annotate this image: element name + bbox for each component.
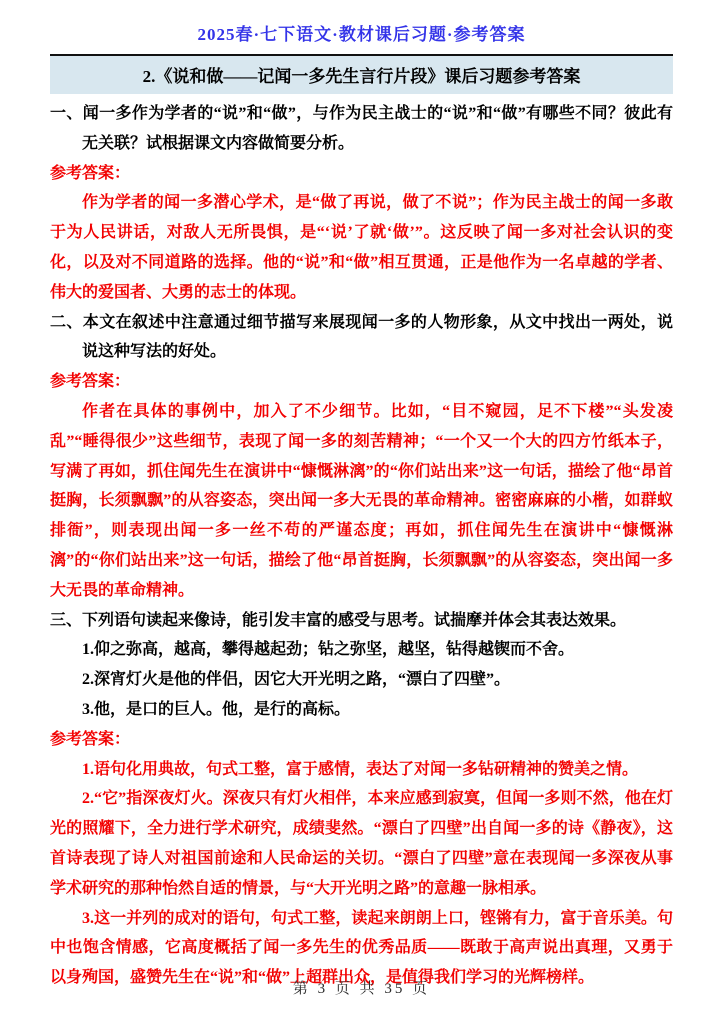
- answer-3-item-1: 1.语句化用典故，句式工整，富于感情，表达了对闻一多钻研精神的赞美之情。: [50, 755, 673, 785]
- answer-label-2: 参考答案：: [50, 367, 673, 397]
- question-2: 二、本文在叙述中注意通过细节描写来展现闻一多的人物形象，从文中找出一两处，说说这…: [50, 308, 673, 368]
- section-title: 2.《说和做——记闻一多先生言行片段》课后习题参考答案: [143, 67, 581, 86]
- answer-label-1: 参考答案：: [50, 159, 673, 189]
- answer-3-item-2: 2.“它”指深夜灯火。深夜只有灯火相伴，本来应感到寂寞，但闻一多则不然，他在灯光…: [50, 784, 673, 903]
- document-header: 2025春·七下语文·教材课后习题·参考答案: [0, 20, 723, 45]
- answer-1: 作为学者的闻一多潜心学术，是“做了再说，做了不说”；作为民主战士的闻一多敢于为人…: [50, 188, 673, 307]
- question-3-item-2: 2.深宵灯火是他的伴侣，因它大开光明之路，“漂白了四壁”。: [50, 665, 673, 695]
- section-title-bar: 2.《说和做——记闻一多先生言行片段》课后习题参考答案: [50, 54, 673, 94]
- page-number: 第 3 页 共 35 页: [0, 977, 723, 998]
- answer-2: 作者在具体的事例中，加入了不少细节。比如，“目不窥园，足不下楼”“头发凌乱”“睡…: [50, 397, 673, 606]
- question-1: 一、闻一多作为学者的“说”和“做”，与作为民主战士的“说”和“做”有哪些不同？彼…: [50, 99, 673, 159]
- document-body: 一、闻一多作为学者的“说”和“做”，与作为民主战士的“说”和“做”有哪些不同？彼…: [50, 99, 673, 993]
- question-3-item-3: 3.他，是口的巨人。他，是行的高标。: [50, 695, 673, 725]
- question-3-item-1: 1.仰之弥高，越高，攀得越起劲；钻之弥坚，越坚，钻得越锲而不舍。: [50, 635, 673, 665]
- document-page: 2025春·七下语文·教材课后习题·参考答案 2.《说和做——记闻一多先生言行片…: [0, 0, 723, 1024]
- answer-label-3: 参考答案：: [50, 725, 673, 755]
- question-3: 三、下列语句读起来像诗，能引发丰富的感受与思考。试揣摩并体会其表达效果。: [50, 606, 673, 636]
